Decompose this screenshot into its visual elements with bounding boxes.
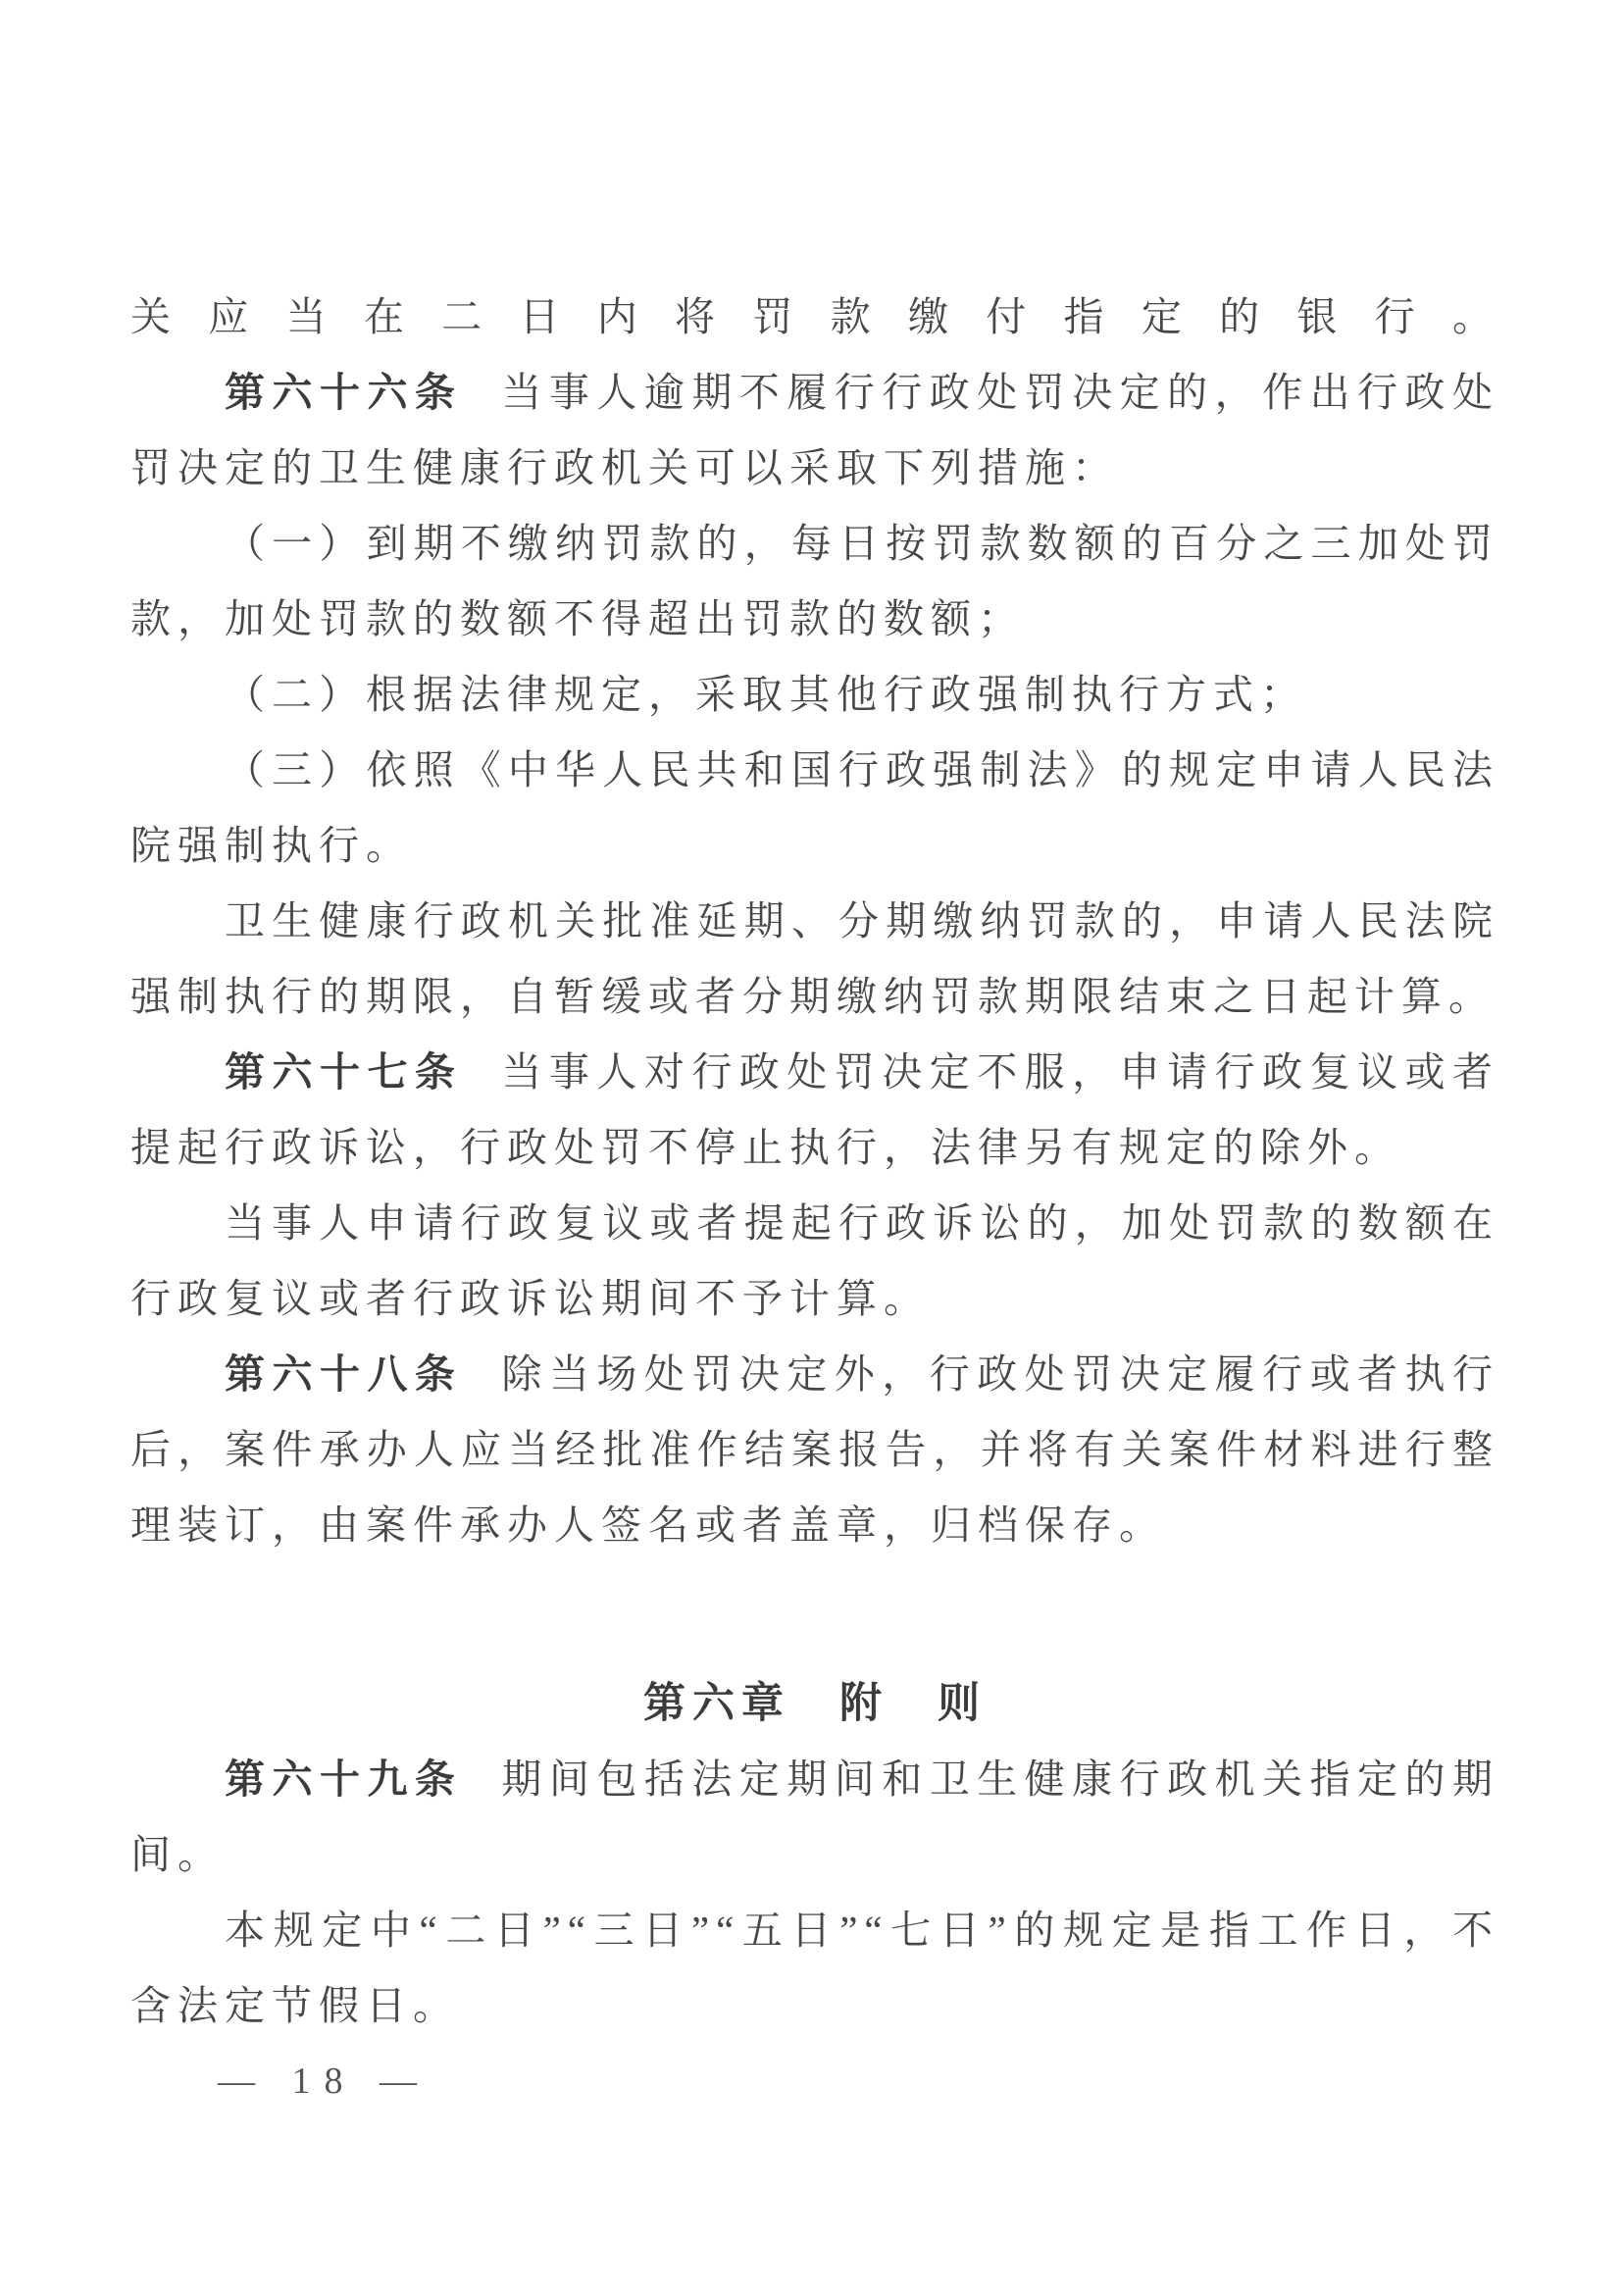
article-number: 第六十六条: [225, 370, 462, 415]
paragraph: 关应当在二日内将罚款缴付指定的银行。: [130, 280, 1499, 355]
document-page: 关应当在二日内将罚款缴付指定的银行。 第六十六条当事人逾期不履行行政处罚决定的，…: [0, 0, 1624, 2291]
paragraph-text: （一）到期不缴纳罚款的，每日按罚款数额的百分之三加处罚款，加处罚款的数额不得超出…: [130, 521, 1499, 641]
paragraph: （一）到期不缴纳罚款的，每日按罚款数额的百分之三加处罚款，加处罚款的数额不得超出…: [130, 506, 1499, 657]
paragraph-text: 卫生健康行政机关批准延期、分期缴纳罚款的，申请人民法院强制执行的期限，自暂缓或者…: [130, 898, 1499, 1019]
paragraph-text: 本规定中“二日”“三日”“五日”“七日”的规定是指工作日，不含法定节假日。: [130, 1908, 1499, 2028]
page-number: — 18 —: [218, 2058, 431, 2105]
paragraph: （二）根据法律规定，采取其他行政强制执行方式；: [130, 657, 1499, 733]
article-number: 第六十八条: [225, 1351, 462, 1397]
chapter-heading: 第六章 附 则: [130, 1666, 1499, 1742]
paragraph: 第六十九条期间包括法定期间和卫生健康行政机关指定的期间。: [130, 1742, 1499, 1893]
paragraph: 第六十七条当事人对行政处罚决定不服，申请行政复议或者提起行政诉讼，行政处罚不停止…: [130, 1035, 1499, 1186]
paragraph-text: （三）依照《中华人民共和国行政强制法》的规定申请人民法院强制执行。: [130, 747, 1499, 868]
article-number: 第六十九条: [225, 1756, 462, 1802]
paragraph-text: 当事人申请行政复议或者提起行政诉讼的，加处罚款的数额在行政复议或者行政诉讼期间不…: [130, 1200, 1499, 1321]
paragraph: 第六十六条当事人逾期不履行行政处罚决定的，作出行政处罚决定的卫生健康行政机关可以…: [130, 355, 1499, 506]
article-number: 第六十七条: [225, 1049, 462, 1095]
paragraph: 卫生健康行政机关批准延期、分期缴纳罚款的，申请人民法院强制执行的期限，自暂缓或者…: [130, 884, 1499, 1035]
paragraph-text: （二）根据法律规定，采取其他行政强制执行方式；: [225, 672, 1307, 717]
paragraph: （三）依照《中华人民共和国行政强制法》的规定申请人民法院强制执行。: [130, 733, 1499, 884]
paragraph: 第六十八条除当场处罚决定外，行政处罚决定履行或者执行后，案件承办人应当经批准作结…: [130, 1337, 1499, 1563]
paragraph-text: 关应当在二日内将罚款缴付指定的银行。: [130, 294, 1499, 339]
document-body: 关应当在二日内将罚款缴付指定的银行。 第六十六条当事人逾期不履行行政处罚决定的，…: [130, 280, 1499, 2044]
paragraph: 本规定中“二日”“三日”“五日”“七日”的规定是指工作日，不含法定节假日。: [130, 1893, 1499, 2044]
paragraph: 当事人申请行政复议或者提起行政诉讼的，加处罚款的数额在行政复议或者行政诉讼期间不…: [130, 1186, 1499, 1337]
